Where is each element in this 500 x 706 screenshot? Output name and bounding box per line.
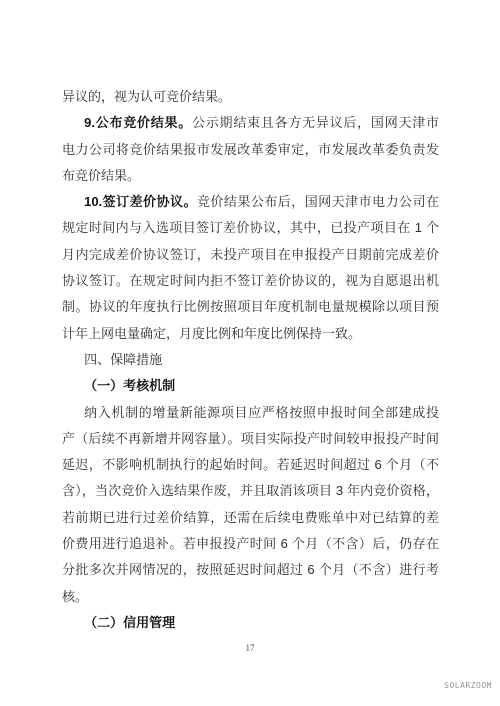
section-10-last-line: 计年上网电量确定，月度比例和年度比例保持一致。 bbox=[62, 321, 439, 347]
assessment-paragraph-line: 延迟，不影响机制执行的起始时间。若延迟时间超过 6 个月（不 bbox=[62, 452, 439, 478]
page-number: 17 bbox=[0, 643, 500, 653]
assessment-paragraph-line: 分批多次并网情况的，按照延迟时间超过 6 个月（不含）进行考 bbox=[62, 557, 439, 583]
subsection-2-heading: （二）信用管理 bbox=[62, 610, 439, 636]
subsection-1-heading: （一）考核机制 bbox=[62, 373, 439, 399]
section-9-last-line: 布竞价结果。 bbox=[62, 163, 439, 189]
section-9-lead: 9.公布竞价结果。 bbox=[84, 115, 192, 130]
chapter-4-heading: 四、保障措施 bbox=[62, 347, 439, 373]
section-9-line: 电力公司将竞价结果报市发展改革委审定，市发展改革委负责发 bbox=[62, 137, 439, 163]
section-10-first-line: 10.签订差价协议。竞价结果公布后，国网天津市电力公司在 bbox=[62, 189, 439, 215]
solarzoom-watermark: SOLARZOOM bbox=[444, 681, 492, 690]
section-10-line: 协议签订。在规定时间内拒不签订差价协议的，视为自愿退出机 bbox=[62, 268, 439, 294]
section-10-line: 制。协议的年度执行比例按照项目年度机制电量规模除以项目预 bbox=[62, 294, 439, 320]
section-9-text: 公示期结束且各方无异议后，国网天津市 bbox=[192, 115, 439, 130]
paragraph-continuation-line: 异议的，视为认可竞价结果。 bbox=[62, 84, 439, 110]
assessment-paragraph-line: 若前期已进行过差价结算，还需在后续电费账单中对已结算的差 bbox=[62, 505, 439, 531]
assessment-paragraph-line: 产（后续不再新增并网容量）。项目实际投产时间较申报投产时间 bbox=[62, 426, 439, 452]
section-10-line: 月内完成差价协议签订，未投产项目在申报投产日期前完成差价 bbox=[62, 242, 439, 268]
section-10-line: 规定时间内与入选项目签订差价协议，其中，已投产项目在 1 个 bbox=[62, 215, 439, 241]
assessment-paragraph-last-line: 核。 bbox=[62, 584, 439, 610]
section-9-first-line: 9.公布竞价结果。公示期结束且各方无异议后，国网天津市 bbox=[62, 110, 439, 136]
section-10-lead: 10.签订差价协议。 bbox=[84, 194, 197, 209]
document-page: 异议的，视为认可竞价结果。 9.公布竞价结果。公示期结束且各方无异议后，国网天津… bbox=[0, 0, 500, 706]
section-10-text: 竞价结果公布后，国网天津市电力公司在 bbox=[197, 194, 439, 209]
assessment-paragraph-first-line: 纳入机制的增量新能源项目应严格按照申报时间全部建成投 bbox=[62, 400, 439, 426]
document-body: 异议的，视为认可竞价结果。 9.公布竞价结果。公示期结束且各方无异议后，国网天津… bbox=[62, 84, 439, 636]
assessment-paragraph-line: 价费用进行追退补。若申报投产时间 6 个月（不含）后，仍存在 bbox=[62, 531, 439, 557]
assessment-paragraph-line: 含），当次竞价入选结果作废，并且取消该项目 3 年内竞价资格， bbox=[62, 478, 439, 504]
